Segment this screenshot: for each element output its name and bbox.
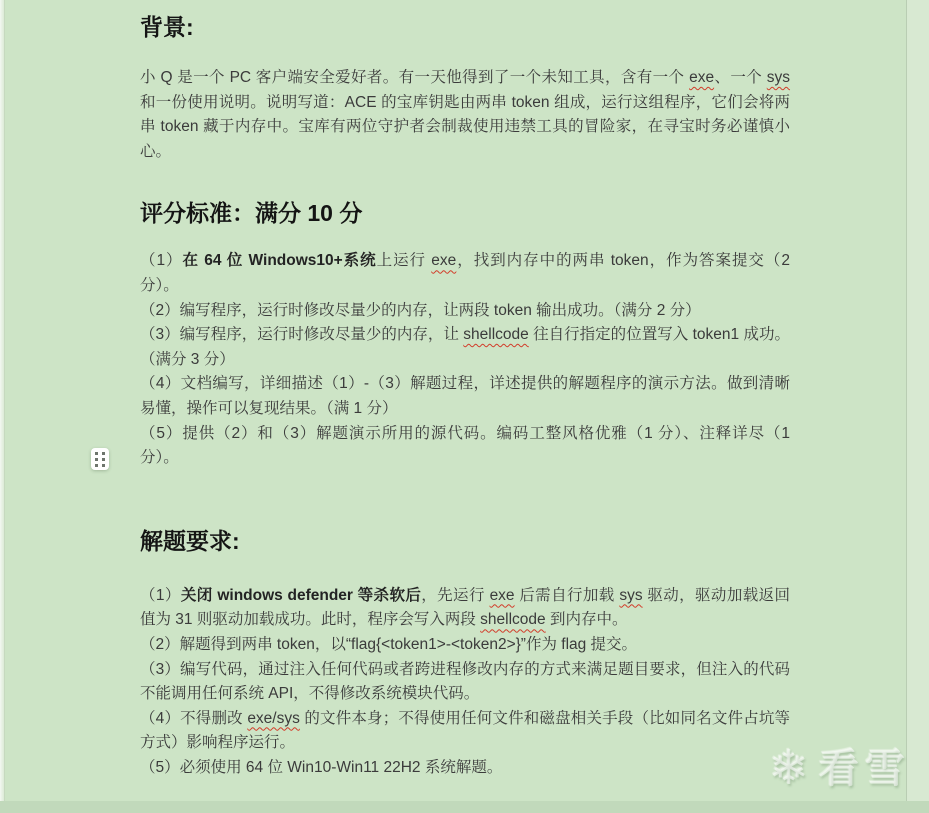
background-body: 小 Q 是一个 PC 客户端安全爱好者。有一天他得到了一个未知工具，含有一个 e…	[140, 66, 790, 164]
grip-dot	[95, 458, 98, 461]
page-bottom-edge	[0, 801, 929, 813]
requirements-list: （1）关闭 windows defender 等杀软后，先运行 exe 后需自行…	[140, 584, 790, 781]
scoring-item-2: （2）编写程序，运行时修改尽量少的内存，让两段 token 输出成功。（满分 2…	[140, 299, 790, 324]
page-right-edge	[906, 0, 929, 813]
scoring-heading: 评分标准：满分 10 分	[140, 198, 790, 228]
grip-dot	[95, 452, 98, 455]
grip-dot	[102, 452, 105, 455]
text-segment: （3）编写程序，运行时修改尽量少的内存，让	[140, 326, 463, 343]
misspelled-word: exe/sys	[247, 710, 300, 727]
misspelled-word: sys	[767, 69, 790, 86]
text-segment: （4）不得删改	[140, 710, 247, 727]
section-scoring-criteria: 评分标准：满分 10 分 （1）在 64 位 Windows10+系统上运行 e…	[140, 198, 790, 470]
section-requirements: 解题要求: （1）关闭 windows defender 等杀软后，先运行 ex…	[140, 526, 790, 781]
requirement-item-1: （1）关闭 windows defender 等杀软后，先运行 exe 后需自行…	[140, 584, 790, 633]
text-segment: （2）编写程序，运行时修改尽量少的内存，让两段 token 输出成功。（满分 2…	[140, 302, 701, 319]
paragraph-drag-handle-icon[interactable]	[91, 448, 109, 470]
text-segment: （4）文档编写，详细描述（1）-（3）解题过程，详述提供的解题程序的演示方法。做…	[140, 375, 790, 417]
scoring-item-4: （4）文档编写，详细描述（1）-（3）解题过程，详述提供的解题程序的演示方法。做…	[140, 372, 790, 421]
paragraph: 小 Q 是一个 PC 客户端安全爱好者。有一天他得到了一个未知工具，含有一个 e…	[140, 66, 790, 164]
site-watermark: ❄ 看雪	[769, 745, 911, 793]
text-segment: 到内存中。	[546, 611, 628, 628]
requirement-item-5: （5）必须使用 64 位 Win10-Win11 22H2 系统解题。	[140, 756, 790, 781]
text-segment: （3）编写代码，通过注入任何代码或者跨进程修改内存的方式来满足题目要求，但注入的…	[140, 661, 790, 703]
misspelled-word: exe	[689, 69, 714, 86]
document-canvas: 背景: 小 Q 是一个 PC 客户端安全爱好者。有一天他得到了一个未知工具，含有…	[0, 0, 929, 813]
requirement-item-4: （4）不得删改 exe/sys 的文件本身；不得使用任何文件和磁盘相关手段（比如…	[140, 707, 790, 756]
text-segment: 小 Q 是一个 PC 客户端安全爱好者。有一天他得到了一个未知工具，含有一个	[140, 69, 689, 86]
text-segment: （1）	[140, 252, 183, 269]
page-left-edge	[0, 0, 5, 813]
grip-dot	[95, 464, 98, 467]
text-segment: 和一份使用说明。说明写道：ACE 的宝库钥匙由两串 token 组成，运行这组程…	[140, 94, 790, 160]
grip-dot	[102, 458, 105, 461]
text-segment: 后需自行加载	[515, 587, 620, 604]
scoring-item-5: （5）提供（2）和（3）解题演示所用的源代码。编码工整风格优雅（1 分）、注释详…	[140, 422, 790, 471]
snowflake-icon: ❄	[769, 745, 809, 793]
scoring-list: （1）在 64 位 Windows10+系统上运行 exe，找到内存中的两串 t…	[140, 249, 790, 470]
bold-text: 在 64 位 Windows10+系统	[183, 252, 377, 269]
document-page: 背景: 小 Q 是一个 PC 客户端安全爱好者。有一天他得到了一个未知工具，含有…	[140, 0, 790, 780]
text-segment: ，先运行	[421, 587, 489, 604]
text-segment: 、一个	[714, 69, 767, 86]
grip-dot	[102, 464, 105, 467]
text-segment: （1）	[140, 587, 181, 604]
text-segment: （5）必须使用 64 位 Win10-Win11 22H2 系统解题。	[140, 759, 502, 776]
misspelled-word: exe	[490, 587, 515, 604]
requirement-item-3: （3）编写代码，通过注入任何代码或者跨进程修改内存的方式来满足题目要求，但注入的…	[140, 658, 790, 707]
misspelled-word: sys	[619, 587, 642, 604]
background-heading: 背景:	[140, 12, 790, 42]
text-segment: （5）提供（2）和（3）解题演示所用的源代码。编码工整风格优雅（1 分）、注释详…	[140, 425, 790, 467]
misspelled-word: exe	[431, 252, 456, 269]
section-background: 背景: 小 Q 是一个 PC 客户端安全爱好者。有一天他得到了一个未知工具，含有…	[140, 12, 790, 164]
text-segment: 上运行	[377, 252, 432, 269]
scoring-item-3: （3）编写程序，运行时修改尽量少的内存，让 shellcode 往自行指定的位置…	[140, 323, 790, 372]
text-segment: （2）解题得到两串 token，以“flag{<token1>-<token2>…	[140, 636, 637, 653]
requirements-heading: 解题要求:	[140, 526, 790, 556]
scoring-item-1: （1）在 64 位 Windows10+系统上运行 exe，找到内存中的两串 t…	[140, 249, 790, 298]
misspelled-word: shellcode	[480, 611, 546, 628]
bold-text: 关闭 windows defender 等杀软后	[181, 587, 421, 604]
watermark-text: 看雪	[819, 745, 911, 793]
misspelled-word: shellcode	[463, 326, 529, 343]
requirement-item-2: （2）解题得到两串 token，以“flag{<token1>-<token2>…	[140, 633, 790, 658]
